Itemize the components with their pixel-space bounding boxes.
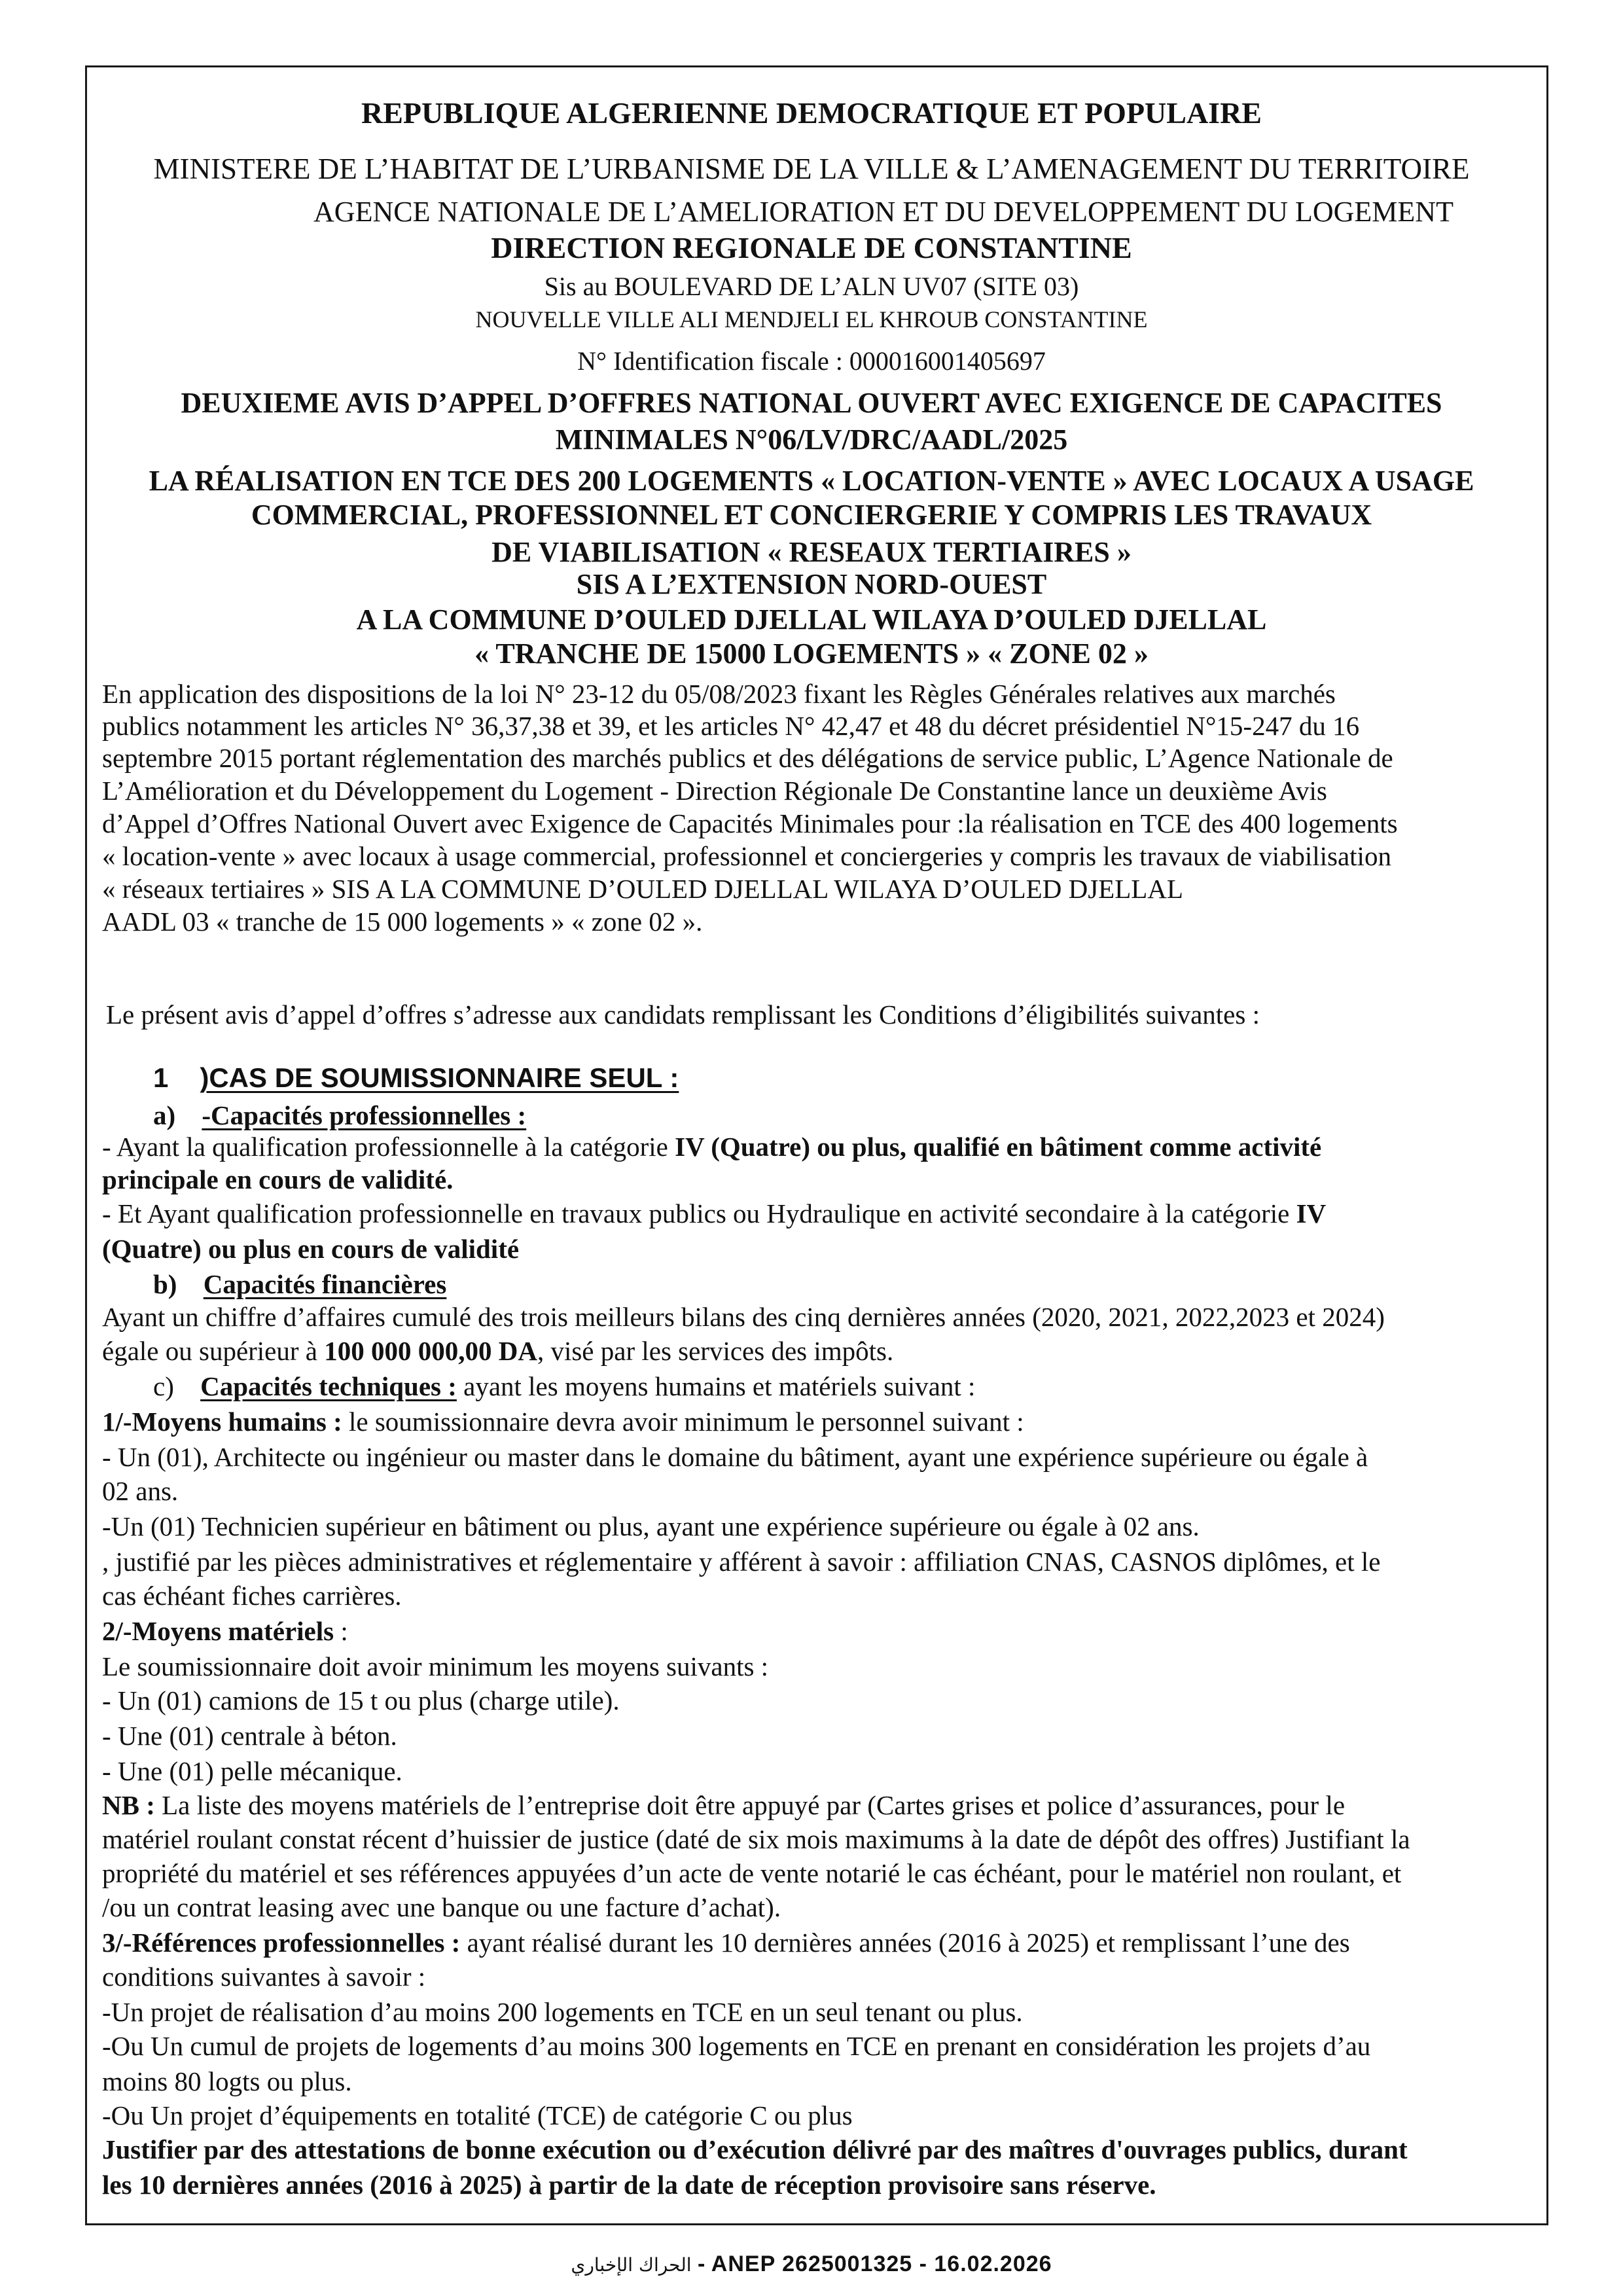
subsection-a-title: -Capacités professionnelles : (202, 1100, 526, 1130)
nb-line: matériel roulant constat récent d’huissi… (102, 1826, 1542, 1853)
footer-reference: ANEP 2625001325 - 16.02.2026 (711, 2251, 1052, 2276)
professional-item-1-bold: IV (Quatre) ou plus, qualifié en bâtimen… (675, 1132, 1321, 1162)
professional-item-2: - Et Ayant qualification professionnelle… (102, 1200, 1542, 1227)
section-1-heading: 1 )CAS DE SOUMISSIONNAIRE SEUL : (153, 1064, 679, 1092)
intro-line: publics notamment les articles N° 36,37,… (102, 713, 1542, 740)
section-1-title: )CAS DE SOUMISSIONNAIRE SEUL : (200, 1062, 679, 1093)
professional-item-2-cont: (Quatre) ou plus en cours de validité (102, 1236, 1542, 1263)
title-line-2: MINIMALES N°06/LV/DRC/AADL/2025 (0, 425, 1623, 454)
title-line-7: A LA COMMUNE D’OULED DJELLAL WILAYA D’OU… (0, 605, 1623, 634)
header-ministry: MINISTERE DE L’HABITAT DE L’URBANISME DE… (0, 154, 1623, 184)
subsection-c-marker: c) (153, 1371, 174, 1401)
subsection-c-heading: c) Capacités techniques : ayant les moye… (153, 1373, 1593, 1400)
subsection-c-suffix: ayant les moyens humains et matériels su… (457, 1371, 976, 1401)
subsection-b-heading: b) Capacités financières (153, 1271, 1593, 1298)
human-resource-line: cas échéant fiches carrières. (102, 1583, 1542, 1609)
reference-line: conditions suivantes à savoir : (102, 1964, 1542, 1990)
references-heading: 3/-Références professionnelles : ayant r… (102, 1929, 1542, 1956)
human-resource-line: , justifié par les pièces administrative… (102, 1549, 1542, 1575)
human-resources-suffix: le soumissionnaire devra avoir minimum l… (342, 1407, 1024, 1437)
subsection-a-heading: a) -Capacités professionnelles : (153, 1102, 1593, 1129)
material-line: - Une (01) pelle mécanique. (102, 1758, 1542, 1785)
reference-line: -Un projet de réalisation d’au moins 200… (102, 1999, 1542, 2026)
header-address-1: Sis au BOULEVARD DE L’ALN UV07 (SITE 03) (0, 274, 1623, 300)
title-line-3: LA RÉALISATION EN TCE DES 200 LOGEMENTS … (0, 467, 1623, 495)
financial-suffix: , visé par les services des impôts. (537, 1336, 893, 1366)
title-line-8: « TRANCHE DE 15000 LOGEMENTS » « ZONE 02… (0, 639, 1623, 668)
publication-footer: الحراك الإخباري - ANEP 2625001325 - 16.0… (0, 2251, 1623, 2277)
reference-line: -Ou Un projet d’équipements en totalité … (102, 2102, 1542, 2129)
header-republic: REPUBLIQUE ALGERIENNE DEMOCRATIQUE ET PO… (0, 98, 1623, 128)
footer-publisher-arabic: الحراك الإخباري (571, 2254, 691, 2276)
material-line: - Une (01) centrale à béton. (102, 1723, 1542, 1749)
human-resource-line: 02 ans. (102, 1478, 1542, 1505)
reference-line: -Ou Un cumul de projets de logements d’a… (102, 2033, 1542, 2060)
nb-note: NB : La liste des moyens matériels de l’… (102, 1792, 1542, 1819)
nb-line: propriété du matériel et ses références … (102, 1860, 1542, 1887)
justification-line: les 10 dernières années (2016 à 2025) à … (102, 2172, 1542, 2198)
material-line: Le soumissionnaire doit avoir minimum le… (102, 1653, 1542, 1680)
intro-line: septembre 2015 portant réglementation de… (102, 745, 1542, 772)
intro-line: « réseaux tertiaires » SIS A LA COMMUNE … (102, 876, 1542, 903)
title-line-5: DE VIABILISATION « RESEAUX TERTIAIRES » (0, 538, 1623, 567)
reference-line: moins 80 logts ou plus. (102, 2068, 1542, 2095)
human-resources-label: 1/-Moyens humains : (102, 1407, 342, 1437)
section-1-number: 1 (153, 1062, 168, 1093)
financial-amount: 100 000 000,00 DA (324, 1336, 537, 1366)
professional-item-1-cont: principale en cours de validité. (102, 1166, 1542, 1193)
professional-item-2-text: - Et Ayant qualification professionnelle… (102, 1198, 1296, 1229)
subsection-c-title: Capacités techniques : (200, 1371, 457, 1401)
intro-line: « location-vente » avec locaux à usage c… (102, 843, 1542, 870)
material-resources-label: 2/-Moyens matériels (102, 1616, 334, 1646)
professional-item-2-bold: IV (1296, 1198, 1327, 1229)
intro-line: En application des dispositions de la lo… (102, 681, 1542, 708)
nb-line: /ou un contrat leasing avec une banque o… (102, 1894, 1542, 1921)
human-resource-line: -Un (01) Technicien supérieur en bâtimen… (102, 1513, 1542, 1540)
intro-line: L’Amélioration et du Développement du Lo… (102, 778, 1542, 804)
footer-separator: - (692, 2251, 711, 2276)
human-resources-heading: 1/-Moyens humains : le soumissionnaire d… (102, 1408, 1542, 1435)
material-resources-heading: 2/-Moyens matériels : (102, 1618, 1542, 1645)
header-direction: DIRECTION REGIONALE DE CONSTANTINE (0, 233, 1623, 263)
justification-line: Justifier par des attestations de bonne … (102, 2136, 1542, 2163)
title-line-1: DEUXIEME AVIS D’APPEL D’OFFRES NATIONAL … (0, 389, 1623, 418)
header-agency: AGENCE NATIONALE DE L’AMELIORATION ET DU… (72, 198, 1623, 226)
title-line-6: SIS A L’EXTENSION NORD-OUEST (0, 570, 1623, 599)
nb-label: NB : (102, 1790, 155, 1820)
nb-text: La liste des moyens matériels de l’entre… (155, 1790, 1345, 1820)
eligibility-intro: Le présent avis d’appel d’offres s’adres… (106, 1001, 1546, 1028)
intro-line: AADL 03 « tranche de 15 000 logements » … (102, 908, 1542, 935)
material-resources-suffix: : (334, 1616, 348, 1646)
professional-item-1-text: - Ayant la qualification professionnelle… (102, 1132, 675, 1162)
financial-line-1: Ayant un chiffre d’affaires cumulé des t… (102, 1304, 1542, 1331)
financial-text: égale ou supérieur à (102, 1336, 324, 1366)
title-line-4: COMMERCIAL, PROFESSIONNEL ET CONCIERGERI… (0, 501, 1623, 529)
material-line: - Un (01) camions de 15 t ou plus (charg… (102, 1687, 1542, 1714)
references-suffix: ayant réalisé durant les 10 dernières an… (460, 1928, 1349, 1958)
professional-item-1: - Ayant la qualification professionnelle… (102, 1134, 1542, 1160)
references-label: 3/-Références professionnelles : (102, 1928, 460, 1958)
financial-line-2: égale ou supérieur à 100 000 000,00 DA, … (102, 1338, 1542, 1365)
header-address-2: NOUVELLE VILLE ALI MENDJELI EL KHROUB CO… (0, 308, 1623, 331)
intro-line: d’Appel d’Offres National Ouvert avec Ex… (102, 810, 1542, 837)
human-resource-line: - Un (01), Architecte ou ingénieur ou ma… (102, 1444, 1542, 1471)
subsection-a-marker: a) (153, 1100, 175, 1130)
subsection-b-marker: b) (153, 1269, 177, 1299)
subsection-b-title: Capacités financières (204, 1269, 447, 1299)
header-fiscal-id: N° Identification fiscale : 000016001405… (0, 348, 1623, 374)
